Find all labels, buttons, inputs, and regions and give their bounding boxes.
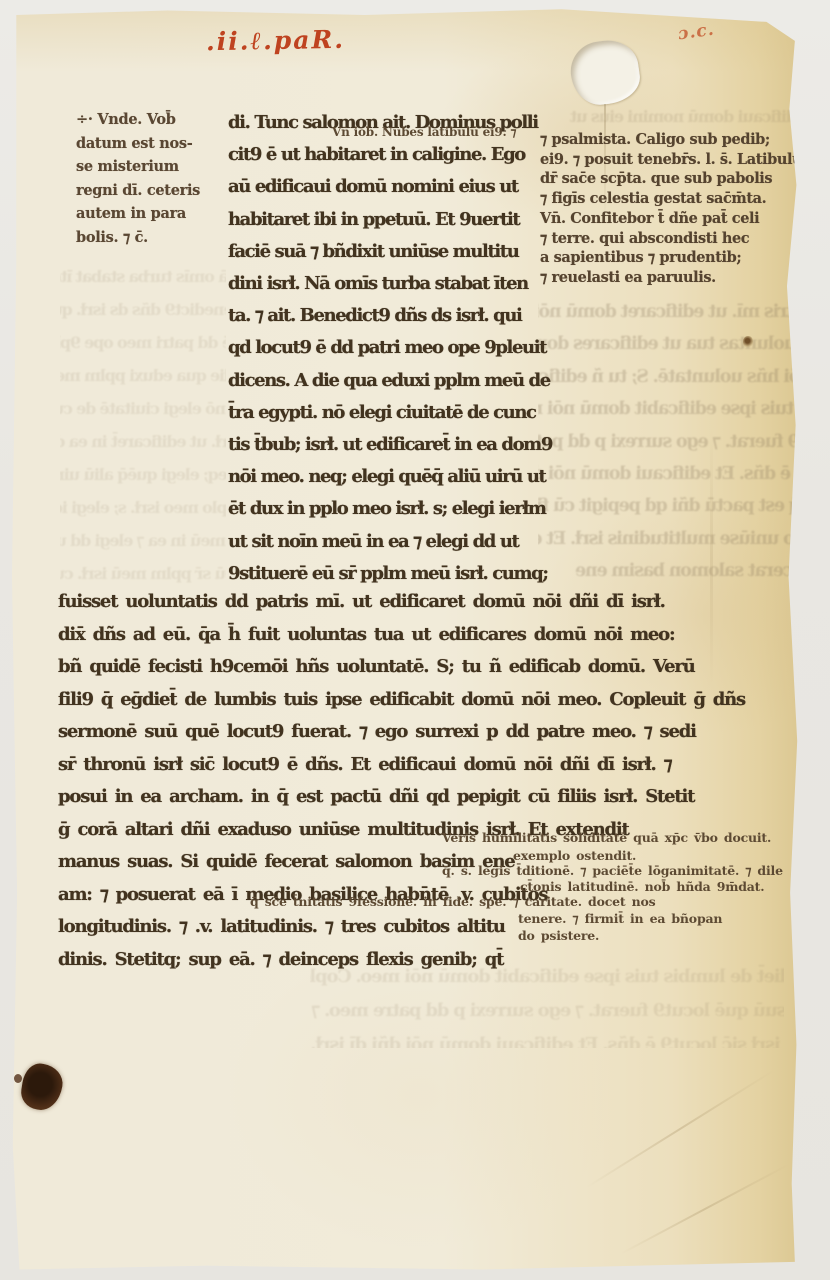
text-line: ta. ⁊ ait. Benedict9 dñs ds isrł. qui [228, 300, 540, 332]
show-through-right: fuisset uoluntatis dd patris mī. ut edif… [538, 296, 798, 588]
text-line: faciē suā ⁊ bñdixit uniūse multitu [228, 236, 540, 268]
text-line: dinis. Stetitq; sup eā. ⁊ deinceps flexi… [58, 944, 798, 977]
stain-speck [14, 1074, 22, 1083]
show-through-line: bñ quidē fecisti h9cemōi hñs uoluntatē. … [538, 361, 798, 393]
parchment-speck [743, 336, 753, 348]
gloss-line: autem in para [76, 202, 228, 226]
show-through-line: ut sit noīn meū in ea ⁊ elegi dd ut [60, 524, 226, 557]
text-line: tis t̄bub; isrł. ut edificaret̄ in ea do… [228, 429, 540, 461]
show-through-line: aū edificaui domū nomini eius ut [550, 102, 798, 132]
text-line: sr̄ thronū isrł sic̄ locut9 ē dñs. Et ed… [58, 749, 798, 782]
text-line: habitaret ibi in ppetuū. Et 9uertit [228, 204, 540, 236]
gloss-line: ⁊ psalmista. Caligo sub pedib; [540, 130, 800, 150]
show-through-line: dicens. A die qua eduxi pplm meū de [60, 359, 226, 392]
gloss-line: ⁊ reuelasti ea paruulis. [540, 268, 800, 288]
text-line: ut sit noīn meū in ea ⁊ elegi dd ut [228, 526, 540, 558]
show-through-line: dix̄ dñs ad eū. q̄a h̄ fuit uoluntas tua… [538, 328, 798, 360]
text-line: dix̄ dñs ad eū. q̄a h̄ fuit uoluntas tua… [58, 619, 798, 652]
gloss-line: ⁊ figīs celestia gestat sac̄m̄ta. [540, 189, 800, 209]
text-line: nōi meo. neq; elegi quēq̄ aliū uirū ut [228, 461, 540, 493]
show-through-line: ta. ⁊ ait. Benedict9 dñs ds isrł. qui [60, 293, 226, 326]
commentary-gloss-line: do psistere. [518, 928, 599, 943]
show-through-line: fuisset uoluntatis dd patris mī. ut edif… [538, 296, 798, 328]
gloss-line: bolis. ⁊ c̄. [76, 226, 228, 250]
show-through-left: dini isrł. Nā omīs turba stabat īten ta.… [60, 260, 226, 590]
text-line: bñ quidē fecisti h9cemōi hñs uoluntatē. … [58, 651, 798, 684]
wrinkle-line [586, 1070, 774, 1188]
text-line: aū edificaui domū nomini eius ut [228, 171, 540, 203]
show-through-line: posui in ea archam. in q̄ est pactū dñi … [538, 490, 798, 522]
show-through-line: tis t̄bub; isrł. ut edificaret̄ in ea do… [60, 425, 226, 458]
wrinkle-line [621, 1164, 790, 1255]
gloss-line: ÷· Vnde. Vob̄ [76, 108, 228, 132]
show-through-line: qd locut9 ē dd patri meo ope 9pleuit [60, 326, 226, 359]
gloss-line: dr̄ sac̄e scp̄ta. que sub pabolis [540, 169, 800, 189]
parchment-hole [567, 37, 643, 109]
gloss-line: ei9. ⁊ posuit tenebr̄s. l. s̄. Latibulū [540, 150, 800, 170]
gloss-line: datum est nos- [76, 132, 228, 156]
show-through-line: sr̄ thronū isrł sic̄ locut9 ē dñs. Et ed… [310, 1028, 784, 1048]
right-margin-gloss: ⁊ psalmista. Caligo sub pedib; ei9. ⁊ po… [540, 130, 800, 288]
running-title-rubric: .ii.ℓ.paR. [206, 25, 345, 57]
show-through-line: ēt dux in pplo meo isrł. s; elegi ierłm [60, 491, 226, 524]
left-margin-gloss: ÷· Vnde. Vob̄ datum est nos- se misteriu… [76, 108, 228, 249]
gloss-line: regni dī. ceteris [76, 179, 228, 203]
text-line: qd locut9 ē dd patri meo ope 9pleuit [228, 332, 540, 364]
text-line: posui in ea archam. in q̄ est pactū dñi … [58, 781, 798, 814]
commentary-gloss-line: exemplo ostendit. [513, 848, 636, 863]
commentary-gloss-line: ct̄onis latitudinē. nob̄ hñda 9m̄dat. [520, 879, 764, 894]
gloss-line: se misterium [76, 155, 228, 179]
commentary-gloss-line: Veris humilitatis soliditatē quā xp̄c v̄… [442, 830, 771, 845]
photograph-mat: { "page": { "running_title": ".ii.ℓ.paR.… [0, 0, 830, 1280]
commentary-gloss-line: tenere. ⁊ firmit̄ in ea bñopan [518, 911, 722, 926]
show-through-line: ḡ corā altari dñi exaduso uniūse multitu… [538, 523, 798, 555]
show-through-line: sr̄ thronū isrł sic̄ locut9 ē dñs. Et ed… [538, 458, 798, 490]
commentary-gloss-line: q̄ sc̄e t̄nitatis 9fessionē. in fide. sp… [250, 894, 655, 909]
text-line: fuisset uoluntatis dd patris mī. ut edif… [58, 586, 798, 619]
gloss-line: a sapientibus ⁊ prudentib; [540, 248, 800, 268]
show-through-line: sermonē suū quē locut9 fuerat. ⁊ ego sur… [538, 426, 798, 458]
show-through-line: manus suas. Si quidē fecerat salomon bas… [538, 555, 798, 587]
text-line: ēt dux in pplo meo isrł. s; elegi ierłm [228, 493, 540, 525]
manuscript-leaf: aū edificaui domū nomini eius ut fuisset… [10, 8, 798, 1272]
commentary-gloss-line: q̄. s̄. legis t̄ditionē. ⁊ paciēt̄e lōga… [442, 863, 783, 878]
text-line: fili9 q̄ eḡdiet̄ de lumbis tuis ipse edi… [58, 684, 798, 717]
quire-mark-rubric: ɔ.c. [677, 20, 716, 45]
show-through-line: sermonē suū quē locut9 fuerat. ⁊ ego sur… [310, 994, 784, 1028]
text-line: dini isrł. Nā omīs turba stabat īten [228, 268, 540, 300]
interlinear-gloss: Vn̄ iob. Nubes latibulū ei9. ⁊ [332, 125, 516, 139]
main-text-column: di. Tunc salomon ait. Dominus polli cit9… [228, 107, 540, 590]
wax-stain [19, 1061, 66, 1113]
text-line: dicens. A die qua eduxi pplm meū de [228, 365, 540, 397]
text-line: sermonē suū quē locut9 fuerat. ⁊ ego sur… [58, 716, 798, 749]
text-line: cit9 ē ut habitaret in caligine. Ego [228, 139, 540, 171]
show-through-line: t̄ra egypti. nō elegi ciuitatē de cunc [60, 392, 226, 425]
gloss-line: Vn̄. Confitebor t̄ dñe pat̄ celi [540, 209, 800, 229]
show-through-line: fili9 q̄ eḡdiet̄ de lumbis tuis ipse edi… [538, 393, 798, 425]
show-through-line: nōi meo. neq; elegi quēq̄ aliū uirū ut [60, 458, 226, 491]
gloss-line: ⁊ terre. qui abscondisti hec [540, 229, 800, 249]
show-through-line: dini isrł. Nā omīs turba stabat īten [60, 260, 226, 293]
text-line: t̄ra egypti. nō elegi ciuitatē de cunc [228, 397, 540, 429]
